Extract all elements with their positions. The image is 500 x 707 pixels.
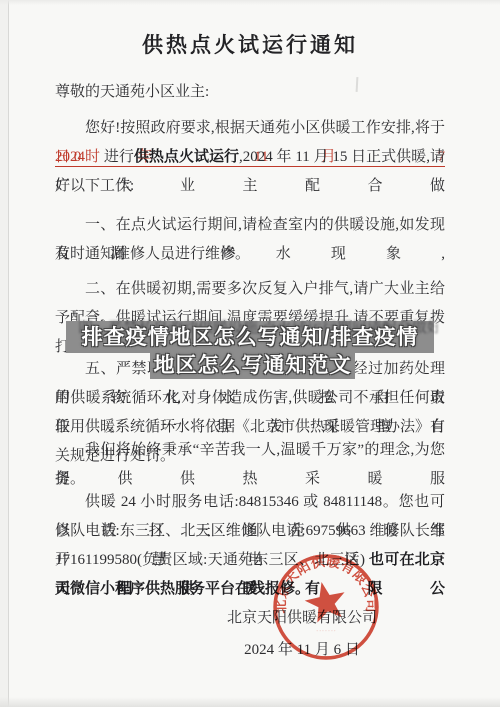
intro-line-1: 您好!按照政府要求,根据天通苑小区供暖工作安排,将于 2024 年 11 月 7 (55, 114, 445, 143)
seal-serial-marks: · · · · · · · (316, 628, 336, 634)
scan-edge-left (0, 0, 9, 707)
watermark-caption-line-1: 排查疫情地区怎么写通知/排查疫情 (66, 321, 434, 354)
notice-body: 供热点火试运行通知 尊敬的天通苑小区业主: 您好!按照政府要求,根据天通苑小区供… (55, 0, 445, 604)
notice-title: 供热点火试运行通知 (55, 0, 445, 60)
item-1-line-1: 一、在点火试运行期间,请检查室内的供暖设施,如发现有漏、渗水现象, (55, 211, 445, 240)
item-5-line-2: 用供暖系统循环水,对身体造成伤害,供暖公司不承担任何责任。一旦发现擅自 (55, 384, 445, 413)
signature-block: 北京天阳供暖有限公司 2024 年 11 月 6 日 (0, 607, 500, 661)
watermark-band-bottom: 地区怎么写通知范文 (150, 353, 355, 379)
service-phone-line: 供暖 24 小时服务电话:84815346 或 84811148。您也可以拨打天… (55, 488, 445, 517)
contact-paragraph: 供暖 24 小时服务电话:84815346 或 84811148。您也可以拨打天… (55, 488, 445, 604)
leader-phone-line: 17161199580(负责区域:天通苑东三区、北三区) 也可在北京天阳供暖有限… (55, 546, 445, 575)
item-2-line: 二、在供暖初期,需要多次反复入户排气,请广大业主给予配合。 (55, 275, 445, 304)
intro-paragraph: 您好!按照政府要求,根据天通苑小区供暖工作安排,将于 2024 年 11 月 7… (55, 114, 445, 201)
company-seal: 北京天阳供暖有限公司 · · · · · · · (271, 552, 381, 662)
intro-mid-text: 进行 (100, 149, 134, 165)
scanned-notice-page: 供热点火试运行通知 尊敬的天通苑小区业主: 您好!按照政府要求,根据天通苑小区供… (0, 0, 500, 707)
watermark-caption-line-2: 地区怎么写通知范文 (150, 353, 355, 379)
watermark-band-top: 四、严禁私自改动供暖设施,点火试运行期间请配合做好供热排气工作 排查疫情地区怎么… (66, 321, 434, 353)
trial-start-time: 日 0 时 (55, 149, 100, 167)
intro-line-2: 日 0 时 进行供热点火试运行,2024 年 11 月 15 日正式供暖,请广大… (55, 143, 445, 172)
item-1: 一、在点火试运行期间,请检查室内的供暖设施,如发现有漏、渗水现象, 及时通知维修… (55, 211, 445, 269)
intro-text: 您好!按照政府要求,根据天通苑小区供暖工作安排,将于 (85, 120, 445, 136)
pledge-line-1: 我们将始终秉承“辛苦我一人,温暖千万家”的理念,为您提供供热采暖服 (55, 436, 445, 465)
salutation: 尊敬的天通苑小区业主: (55, 78, 445, 107)
scan-edge-bottom (0, 697, 500, 707)
repair-team-phone-line: 修队电话:东三区、北三区维修队电话:69759663 维修队长邹开慧电话: (55, 517, 445, 546)
trial-run-phrase: 供热点火试运行 (134, 149, 239, 165)
seal-star-icon (305, 582, 345, 622)
pledge-paragraph: 我们将始终秉承“辛苦我一人,温暖千万家”的理念,为您提供供热采暖服 务。 (55, 436, 445, 494)
